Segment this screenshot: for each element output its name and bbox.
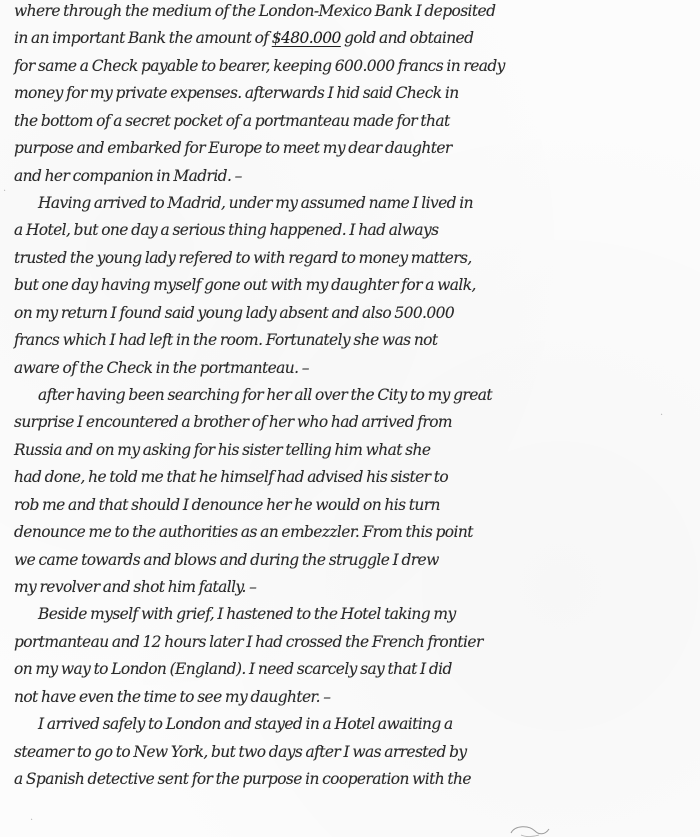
line-text: Russia and on my asking for his sister t… <box>14 441 430 459</box>
handwritten-line: on my return I found said young lady abs… <box>14 304 694 334</box>
line-text: Beside myself with grief, I hastened to … <box>38 605 456 623</box>
handwritten-line: I arrived safely to London and stayed in… <box>38 715 694 745</box>
margin-mark: · <box>3 186 6 197</box>
handwritten-line: on my way to London (England). I need sc… <box>14 660 694 690</box>
handwritten-line: Russia and on my asking for his sister t… <box>14 441 694 471</box>
end-flourish-icon <box>505 823 555 837</box>
margin-mark: · <box>660 410 663 421</box>
line-text: rob me and that should I denounce her he… <box>14 496 440 514</box>
line-text: for same a Check payable to bearer, keep… <box>14 57 505 75</box>
handwritten-line: denounce me to the authorities as an emb… <box>14 523 694 553</box>
handwritten-line: trusted the young lady refered to with r… <box>14 249 694 279</box>
line-text: francs which I had left in the room. For… <box>14 331 438 349</box>
handwritten-line: steamer to go to New York, but two days … <box>14 743 694 773</box>
line-text: aware of the Check in the portmanteau. – <box>14 359 309 377</box>
handwritten-line: portmanteau and 12 hours later I had cro… <box>14 633 694 663</box>
line-text: had done, he told me that he himself had… <box>14 468 448 486</box>
handwritten-line: and her companion in Madrid. – <box>14 167 694 197</box>
handwritten-line: not have even the time to see my daughte… <box>14 688 694 718</box>
handwritten-line: we came towards and blows and during the… <box>14 551 694 581</box>
line-text: the bottom of a secret pocket of a portm… <box>14 112 450 130</box>
line-text: a Hotel, but one day a serious thing hap… <box>14 221 438 239</box>
line-text: on my way to London (England). I need sc… <box>14 660 452 678</box>
letter-page: where through the medium of the London-M… <box>0 0 700 837</box>
handwritten-line: rob me and that should I denounce her he… <box>14 496 694 526</box>
line-text: on my return I found said young lady abs… <box>14 304 454 322</box>
line-text: where through the medium of the London-M… <box>14 2 495 20</box>
handwritten-line: a Spanish detective sent for the purpose… <box>14 770 694 800</box>
handwritten-line: but one day having myself gone out with … <box>14 276 694 306</box>
handwritten-line: my revolver and shot him fatally. – <box>14 578 694 608</box>
line-text: trusted the young lady refered to with r… <box>14 249 472 267</box>
line-text: portmanteau and 12 hours later I had cro… <box>14 633 483 651</box>
line-text: Having arrived to Madrid, under my assum… <box>38 194 473 212</box>
line-text: money for my private expenses. afterward… <box>14 84 459 102</box>
margin-mark: · <box>30 815 33 826</box>
line-text: steamer to go to New York, but two days … <box>14 743 466 761</box>
handwritten-line: surprise I encountered a brother of her … <box>14 413 694 443</box>
handwritten-line: money for my private expenses. afterward… <box>14 84 694 114</box>
handwritten-line: in an important Bank the amount of $480.… <box>14 29 694 59</box>
handwritten-line: purpose and embarked for Europe to meet … <box>14 139 694 169</box>
line-text: my revolver and shot him fatally. – <box>14 578 256 596</box>
handwritten-line: Beside myself with grief, I hastened to … <box>38 605 694 635</box>
line-text: denounce me to the authorities as an emb… <box>14 523 473 541</box>
handwritten-line: Having arrived to Madrid, under my assum… <box>38 194 694 224</box>
line-text: purpose and embarked for Europe to meet … <box>14 139 452 157</box>
line-text: but one day having myself gone out with … <box>14 276 476 294</box>
line-text: in an important Bank the amount of <box>14 29 272 47</box>
handwritten-line: aware of the Check in the portmanteau. – <box>14 359 694 389</box>
handwritten-line: the bottom of a secret pocket of a portm… <box>14 112 694 142</box>
handwritten-line: where through the medium of the London-M… <box>14 2 694 32</box>
handwritten-line: a Hotel, but one day a serious thing hap… <box>14 221 694 251</box>
handwritten-line: after having been searching for her all … <box>38 386 694 416</box>
handwritten-line: francs which I had left in the room. For… <box>14 331 694 361</box>
line-text: I arrived safely to London and stayed in… <box>38 715 453 733</box>
line-text: not have even the time to see my daughte… <box>14 688 330 706</box>
handwritten-line: for same a Check payable to bearer, keep… <box>14 57 694 87</box>
handwritten-line: had done, he told me that he himself had… <box>14 468 694 498</box>
line-text: we came towards and blows and during the… <box>14 551 439 569</box>
line-text: surprise I encountered a brother of her … <box>14 413 452 431</box>
line-text: gold and obtained <box>341 29 474 47</box>
line-text: and her companion in Madrid. – <box>14 167 242 185</box>
line-text: after having been searching for her all … <box>38 386 492 404</box>
deposit-amount: $480.000 <box>272 29 341 47</box>
line-text: a Spanish detective sent for the purpose… <box>14 770 471 788</box>
